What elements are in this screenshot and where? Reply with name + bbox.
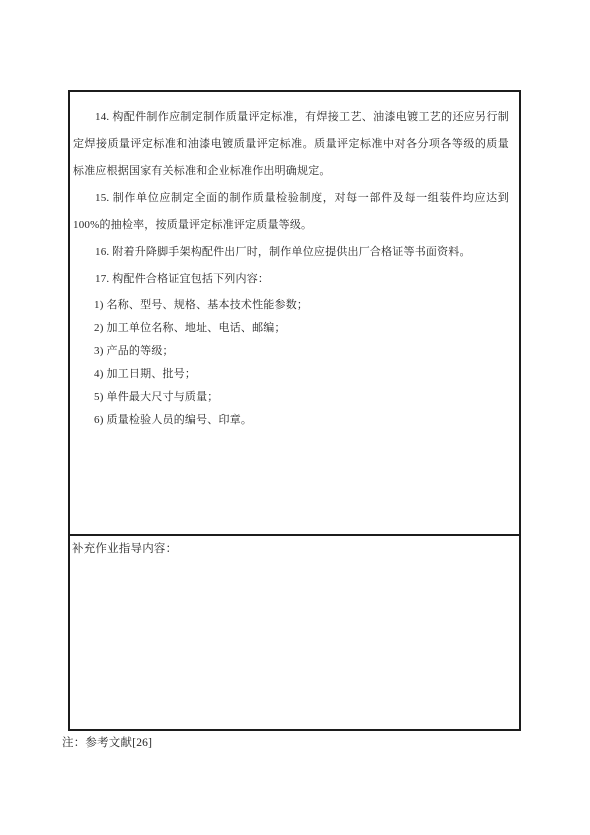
main-text-section: 14. 构配件制作应制定制作质量评定标准，有焊接工艺、油漆电镀工艺的还应另行制定… xyxy=(70,92,519,534)
supplement-section-label: 补充作业指导内容： xyxy=(72,541,513,558)
paragraph-item-16: 16. 附着升降脚手架构配件出厂时，制作单位应提供出厂合格证等书面资料。 xyxy=(73,239,509,266)
supplement-section: 补充作业指导内容： xyxy=(70,534,519,727)
paragraph-item-15: 15. 制作单位应制定全面的制作质量检验制度，对每一部件及每一组装件均应达到10… xyxy=(73,185,509,239)
paragraph-item-17: 17. 构配件合格证宜包括下列内容： xyxy=(73,266,509,293)
document-border-box: 14. 构配件制作应制定制作质量评定标准，有焊接工艺、油漆电镀工艺的还应另行制定… xyxy=(68,90,521,731)
certificate-content-list: 1) 名称、型号、规格、基本技术性能参数； 2) 加工单位名称、地址、电话、邮编… xyxy=(73,294,509,432)
document-page: 14. 构配件制作应制定制作质量评定标准，有焊接工艺、油漆电镀工艺的还应另行制定… xyxy=(0,0,590,835)
list-item-2: 2) 加工单位名称、地址、电话、邮编； xyxy=(73,317,509,340)
list-item-4: 4) 加工日期、批号； xyxy=(73,363,509,386)
list-item-3: 3) 产品的等级； xyxy=(73,340,509,363)
list-item-5: 5) 单件最大尺寸与质量； xyxy=(73,386,509,409)
list-item-1: 1) 名称、型号、规格、基本技术性能参数； xyxy=(73,294,509,317)
footnote-reference: 注：参考文献[26] xyxy=(62,736,152,751)
paragraph-item-14: 14. 构配件制作应制定制作质量评定标准，有焊接工艺、油漆电镀工艺的还应另行制定… xyxy=(73,104,509,185)
list-item-6: 6) 质量检验人员的编号、印章。 xyxy=(73,409,509,432)
